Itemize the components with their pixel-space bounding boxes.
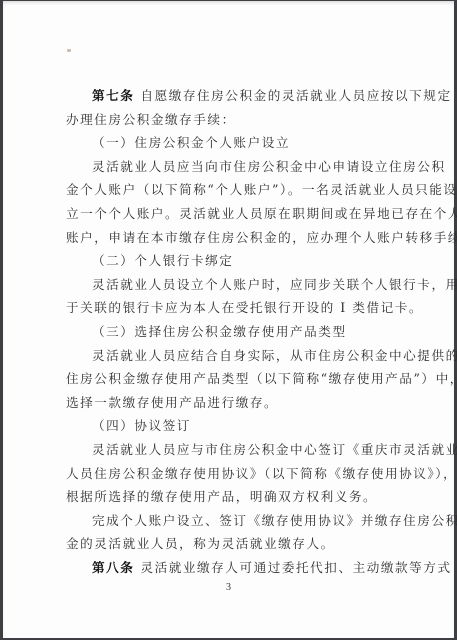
text-line: 灵活就业缴存人可通过委托代扣、主动缴款等方式 — [140, 560, 451, 575]
section-heading-2: （二）个人银行卡绑定 — [66, 249, 408, 273]
text-line: 灵活就业人员设立个人账户时，应同步关联个人银行卡，用 — [66, 273, 408, 297]
text-line: 完成个人账户设立、签订《缴存使用协议》并缴存住房公积 — [66, 509, 408, 533]
text-line: 账户，申请在本市缴存住房公积金的，应办理个人账户转移手续。 — [66, 226, 408, 250]
article-number: 第七条 — [92, 88, 134, 103]
page-number: 3 — [3, 582, 454, 593]
text-line: 选择一款缴存使用产品进行缴存。 — [66, 391, 408, 415]
text-line: 人员住房公积金缴存使用协议》（以下简称《缴存使用协议》）， — [66, 462, 408, 486]
text-line: 住房公积金缴存使用产品类型（以下简称“缴存使用产品”）中， — [66, 367, 408, 391]
section-heading-1: （一）住房公积金个人账户设立 — [66, 131, 408, 155]
scan-mark — [67, 49, 71, 52]
document-body: 第七条自愿缴存住房公积金的灵活就业人员应按以下规定 办理住房公积金缴存手续： （… — [66, 84, 408, 579]
text-line: 金个人账户（以下简称“个人账户”）。一名灵活就业人员只能设 — [66, 178, 408, 202]
text-line: 灵活就业人员应结合自身实际，从市住房公积金中心提供的 — [66, 344, 408, 368]
article-number: 第八条 — [92, 560, 134, 575]
text-line: 灵活就业人员应与市住房公积金中心签订《重庆市灵活就业 — [66, 438, 408, 462]
text-line: 根据所选择的缴存使用产品，明确双方权利义务。 — [66, 485, 408, 509]
article-7-heading-line: 第七条自愿缴存住房公积金的灵活就业人员应按以下规定 — [66, 84, 408, 108]
text-line: 办理住房公积金缴存手续： — [66, 108, 408, 132]
text-line: 立一个个人账户。灵活就业人员原在职期间或在异地已存在个人 — [66, 202, 408, 226]
section-heading-4: （四）协议签订 — [66, 414, 408, 438]
text-line: 于关联的银行卡应为本人在受托银行开设的 I 类借记卡。 — [66, 296, 408, 320]
text-line: 金的灵活就业人员，称为灵活就业缴存人。 — [66, 532, 408, 556]
article-8-heading-line: 第八条灵活就业缴存人可通过委托代扣、主动缴款等方式 — [66, 556, 408, 580]
text-line: 自愿缴存住房公积金的灵活就业人员应按以下规定 — [140, 88, 451, 103]
text-line: 灵活就业人员应当向市住房公积金中心申请设立住房公积 — [66, 155, 408, 179]
section-heading-3: （三）选择住房公积金缴存使用产品类型 — [66, 320, 408, 344]
document-page: 第七条自愿缴存住房公积金的灵活就业人员应按以下规定 办理住房公积金缴存手续： （… — [3, 1, 454, 638]
